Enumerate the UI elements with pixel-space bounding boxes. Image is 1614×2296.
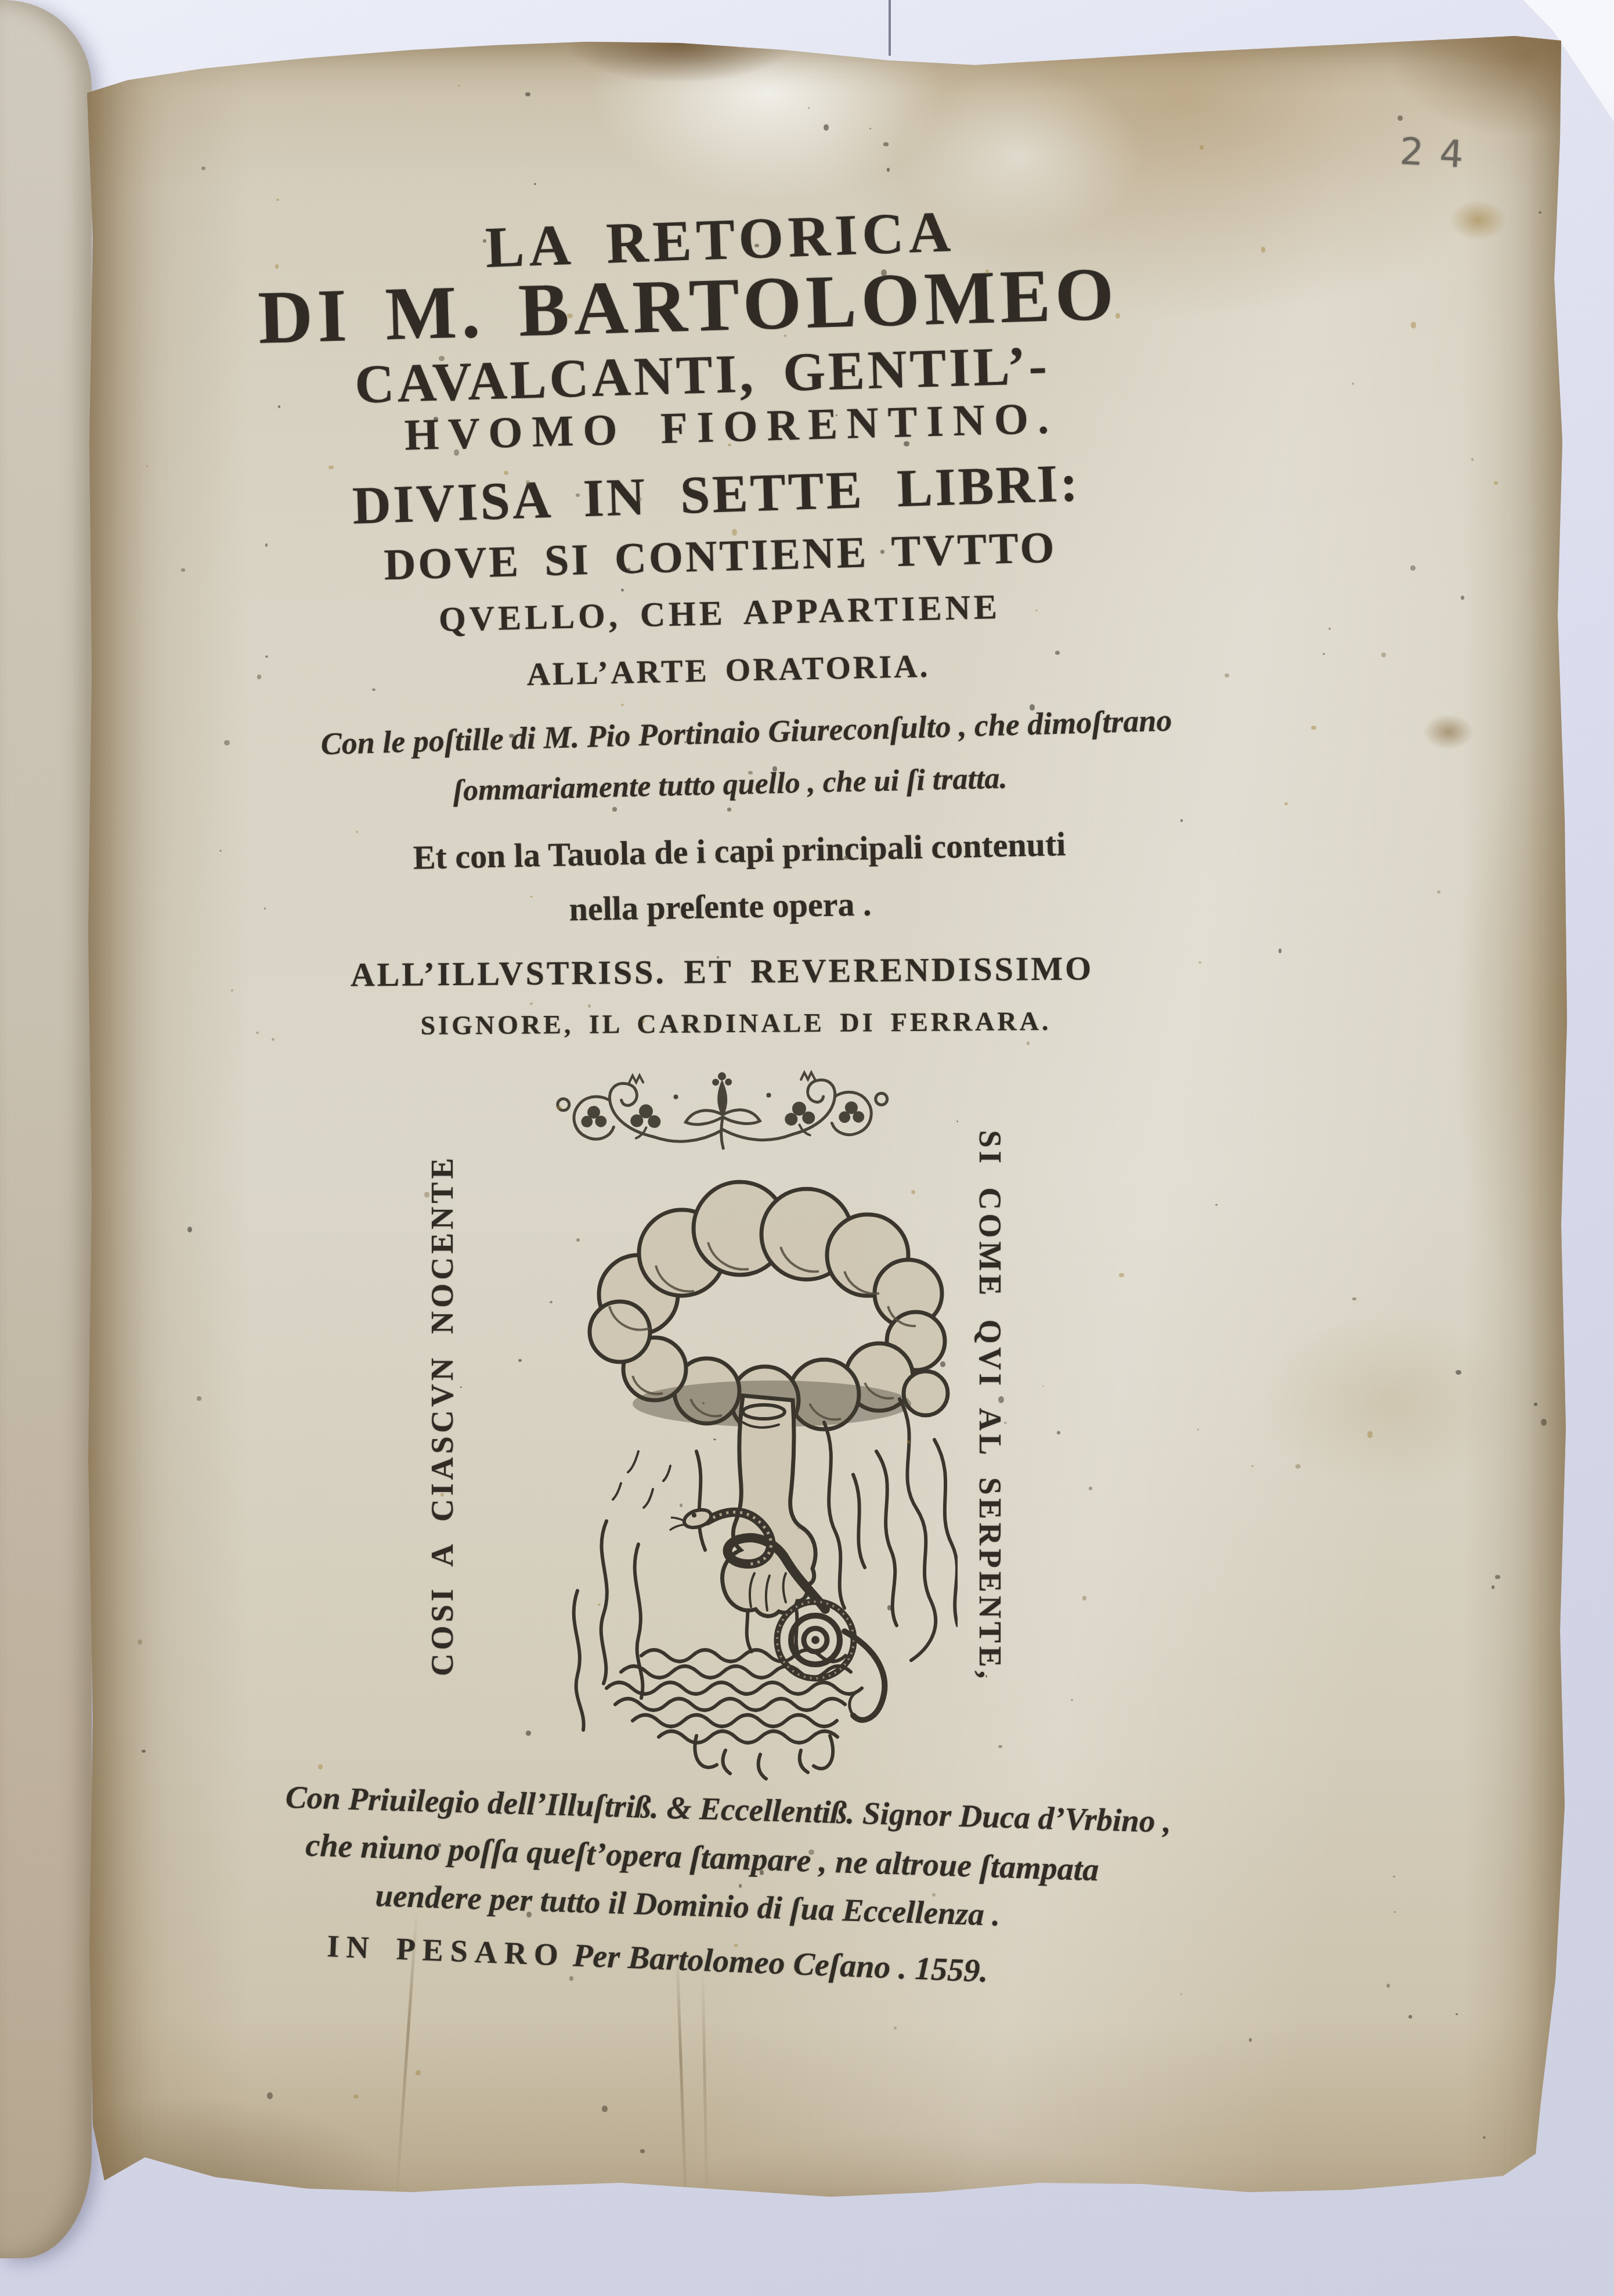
foxing-speck [808, 1850, 814, 1855]
foxing-speck [557, 1106, 562, 1109]
foxing-speck [713, 1439, 716, 1440]
foxing-speck [1089, 1487, 1092, 1490]
foxing-speck [1471, 458, 1474, 460]
foxing-speck [748, 771, 753, 775]
foxing-speck [526, 1731, 530, 1736]
book-cover-board [0, 0, 92, 2258]
foxing-speck [998, 1396, 1004, 1403]
foxing-speck [265, 655, 269, 658]
foxing-speck [328, 466, 334, 469]
imprint-line: IN PESARO Per Bartolomeo Ceſano . 1559. [326, 1927, 988, 1990]
foxing-speck [621, 704, 624, 706]
foxing-speck [887, 1605, 893, 1610]
foxing-speck [1456, 2013, 1458, 2016]
page: 24 LA RETORICA DI M. BARTOLOMEO CAVALCAN… [87, 35, 1567, 2241]
foxing-speck [1456, 1370, 1461, 1375]
foxing-speck [219, 850, 222, 852]
foxing-speck [504, 471, 508, 475]
foxing-speck [318, 1764, 323, 1769]
imprint-place: IN PESARO [326, 1929, 566, 1973]
device-motto-left: COSI A CIASCVN NOCENTE [424, 1155, 460, 1677]
foxing-speck [1119, 1273, 1124, 1277]
foxing-speck [146, 465, 148, 467]
foxing-speck [278, 405, 280, 408]
foxing-speck [1393, 1876, 1395, 1878]
foxing-speck [434, 417, 439, 421]
foxing-speck [1461, 596, 1464, 600]
ornament-fleuron [542, 1058, 904, 1163]
tavola-note-line-1: Et con la Tauola de i capi principali co… [413, 824, 1066, 877]
foxing-speck [1030, 704, 1035, 711]
foxing-speck [717, 956, 718, 958]
foxing-speck [509, 734, 514, 738]
foxing-speck [1115, 313, 1120, 319]
device-motto-right: SI COME QVI AL SERPENTE, [972, 1130, 1008, 1682]
foxing-speck [998, 1745, 1002, 1748]
foxing-speck [640, 2149, 645, 2153]
foxing-speck [1411, 322, 1416, 329]
foxing-speck [424, 1192, 429, 1198]
foxing-speck [576, 493, 580, 497]
foxing-speck [1539, 211, 1541, 214]
foxing-speck [1071, 1699, 1073, 1701]
foxing-speck [1215, 1204, 1218, 1206]
foxing-speck [372, 689, 375, 691]
imprint-printer-year: Per Bartolomeo Ceſano . 1559. [572, 1937, 988, 1989]
foxing-speck [1367, 1431, 1373, 1437]
page-crease [676, 1951, 688, 2218]
foxing-speck [142, 1750, 145, 1753]
foxing-speck [1410, 565, 1416, 571]
foxing-speck [1295, 1464, 1301, 1469]
foxing-speck [1492, 1585, 1494, 1589]
foxing-speck [264, 907, 266, 910]
foxing-speck [1386, 1984, 1390, 1988]
foxing-speck [1082, 1596, 1086, 1601]
foxing-speck [739, 1884, 742, 1888]
title-line-8: ALL’ARTE ORATORIA. [526, 648, 930, 694]
foxing-speck [458, 85, 460, 87]
foxing-speck [1180, 819, 1183, 822]
foxing-speck [1541, 1419, 1547, 1426]
foxing-speck [1197, 1429, 1200, 1430]
foxing-speck [1381, 653, 1386, 657]
foxing-speck [1352, 383, 1354, 385]
foxing-speck [197, 1396, 201, 1400]
foxing-speck [525, 92, 530, 96]
foxing-speck [1409, 2015, 1413, 2019]
printers-device-woodcut [551, 1149, 958, 1782]
foxing-speck [518, 1359, 521, 1361]
foxing-speck [956, 1120, 959, 1123]
foxing-speck [911, 1190, 915, 1194]
background-seam-line [889, 0, 891, 56]
postille-note-line-2: ſommariamente tutto quello , che ui ſi t… [453, 761, 1008, 808]
foxing-speck [1027, 1041, 1030, 1045]
foxing-speck [1055, 651, 1060, 654]
foxing-speck [1249, 2038, 1252, 2042]
foxing-speck [1279, 949, 1282, 953]
foxing-speck [534, 183, 536, 186]
foxing-speck [727, 808, 732, 812]
foxing-speck [598, 1603, 601, 1606]
foxing-speck [1495, 1575, 1500, 1579]
foxing-speck [231, 989, 234, 992]
foxing-speck [1042, 1385, 1044, 1387]
foxing-speck [824, 124, 829, 131]
foxing-speck [940, 1361, 945, 1367]
foxing-speck [880, 550, 884, 554]
foxing-speck [530, 896, 533, 898]
foxing-speck [808, 107, 810, 109]
foxing-speck [985, 269, 989, 273]
foxing-speck [621, 589, 624, 591]
foxing-speck [1198, 961, 1201, 964]
foxing-speck [1284, 802, 1288, 805]
foxing-speck [439, 356, 444, 361]
foxing-speck [181, 568, 185, 571]
foxing-speck [138, 1639, 142, 1645]
foxing-speck [530, 1003, 533, 1005]
foxing-speck [460, 1386, 463, 1388]
foxing-speck [272, 1038, 275, 1041]
page-crease [701, 1968, 708, 2212]
foxing-speck [1311, 726, 1316, 730]
foxing-speck [588, 1004, 591, 1008]
foxing-speck [1261, 247, 1266, 253]
foxing-speck [894, 2027, 897, 2030]
foxing-speck [201, 167, 205, 170]
foxing-speck [1494, 481, 1497, 485]
foxing-speck [1323, 653, 1325, 655]
foxing-speck [627, 568, 630, 572]
foxing-speck [576, 1238, 580, 1242]
handwritten-folio-number: 24 [1399, 130, 1481, 177]
foxing-speck [1352, 1297, 1356, 1300]
foxing-speck [1057, 1431, 1061, 1434]
foxing-speck [772, 766, 777, 772]
foxing-speck [638, 498, 642, 501]
title-line-5: DIVISA IN SETTE LIBRI: [351, 452, 1081, 536]
foxing-speck [356, 831, 358, 833]
foxing-speck [1180, 1993, 1182, 1995]
photograph-of-book-title-page: 24 LA RETORICA DI M. BARTOLOMEO CAVALCAN… [0, 0, 1614, 2296]
privilege-line-3: uendere per tutto il Dominio di ſua Ecce… [375, 1877, 1001, 1933]
foxing-speck [1225, 673, 1229, 677]
foxing-speck [612, 807, 617, 812]
foxing-speck [276, 199, 279, 200]
title-line-7: QVELLO, CHE APPARTIENE [438, 587, 1001, 640]
foxing-speck [883, 142, 888, 146]
foxing-speck [1328, 628, 1331, 630]
foxing-speck [1251, 1465, 1254, 1467]
foxing-speck [1534, 1403, 1538, 1407]
foxing-speck [1035, 610, 1038, 611]
foxing-speck [550, 1301, 553, 1303]
foxing-speck [1200, 145, 1204, 150]
foxing-speck [728, 444, 731, 446]
foxing-speck [256, 1032, 259, 1034]
tavola-note-line-2: nella preſente opera . [569, 884, 872, 928]
foxing-speck [869, 128, 871, 130]
foxing-speck [224, 740, 229, 745]
foxing-speck [1483, 2136, 1486, 2139]
foxing-speck [1398, 116, 1402, 121]
foxing-speck [567, 313, 573, 319]
foxing-speck [881, 269, 887, 276]
foxing-speck [1394, 1911, 1396, 1913]
foxing-speck [760, 1870, 764, 1875]
foxing-speck [187, 1227, 192, 1232]
foxing-speck [440, 1493, 445, 1497]
foxing-speck [275, 264, 279, 269]
foxing-speck [887, 168, 890, 172]
foxing-speck [267, 2092, 273, 2099]
dedication-line-1: ALL’ILLVSTRISS. ET REVERENDISSIMO [350, 949, 1093, 994]
foxing-speck [257, 675, 261, 679]
foxing-speck [416, 2070, 421, 2075]
foxing-speck [602, 2106, 608, 2113]
foxing-speck [353, 2095, 359, 2099]
postille-note-line-1: Con le poſtille di M. Pio Portinaio Giur… [320, 702, 1172, 762]
foxing-speck [265, 543, 268, 546]
foxing-speck [1004, 1422, 1007, 1424]
foxing-speck [1437, 891, 1440, 893]
title-line-6: DOVE SI CONTIENE TVTTO [383, 522, 1057, 590]
foxing-speck [569, 1976, 573, 1981]
dedication-line-2: SIGNORE, IL CARDINALE DI FERRARA. [420, 1005, 1051, 1041]
